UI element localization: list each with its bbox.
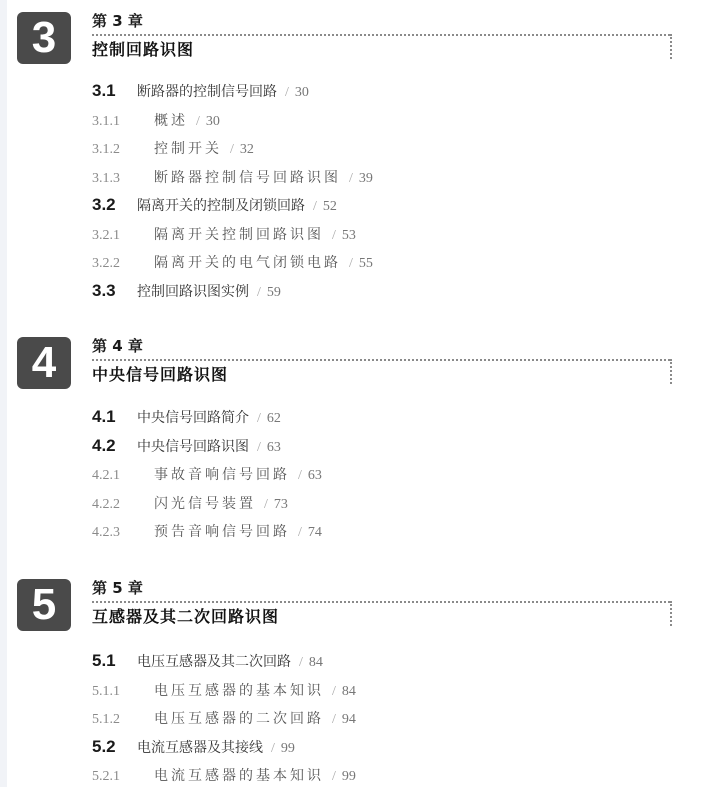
page-number: 39 bbox=[359, 171, 373, 186]
toc-subsection[interactable]: 3.2.1隔离开关控制回路识图/53 bbox=[92, 220, 373, 249]
dotted-divider-end bbox=[670, 359, 672, 384]
toc-subsection[interactable]: 3.1.3断路器控制信号回路识图/39 bbox=[92, 163, 373, 192]
chapter-title: 控制回路识图 bbox=[92, 37, 194, 60]
page-number: 32 bbox=[240, 142, 254, 157]
toc-section[interactable]: 3.1断路器的控制信号回路/30 bbox=[92, 77, 373, 106]
dotted-divider bbox=[92, 34, 670, 36]
page-number: 59 bbox=[267, 285, 281, 300]
toc-section[interactable]: 4.1中央信号回路简介/62 bbox=[92, 403, 322, 432]
toc-section[interactable]: 5.2电流互感器及其接线/99 bbox=[92, 733, 356, 762]
chapter-title: 互感器及其二次回路识图 bbox=[92, 604, 279, 627]
chapter-label: 第 5 章 bbox=[92, 577, 143, 598]
toc-subsection[interactable]: 3.1.1概述/30 bbox=[92, 106, 373, 135]
page-number: 99 bbox=[281, 741, 295, 756]
page-number: 84 bbox=[342, 684, 356, 699]
toc-subsection[interactable]: 4.2.2闪光信号装置/73 bbox=[92, 489, 322, 518]
page-number: 30 bbox=[206, 114, 220, 129]
dotted-divider-end bbox=[670, 601, 672, 626]
toc-subsection[interactable]: 4.2.1事故音响信号回路/63 bbox=[92, 460, 322, 489]
chapter-label: 第 4 章 bbox=[92, 335, 143, 356]
chapter-label: 第 3 章 bbox=[92, 10, 143, 31]
dotted-divider-end bbox=[670, 34, 672, 59]
toc-entries: 4.1中央信号回路简介/62 4.2中央信号回路识图/63 4.2.1事故音响信… bbox=[92, 403, 322, 546]
page-number: 55 bbox=[359, 256, 373, 271]
toc-subsection[interactable]: 4.2.3预告音响信号回路/74 bbox=[92, 517, 322, 546]
toc-subsection[interactable]: 3.2.2隔离开关的电气闭锁电路/55 bbox=[92, 248, 373, 277]
toc-subsection[interactable]: 5.1.1电压互感器的基本知识/84 bbox=[92, 676, 356, 705]
chapter-title: 中央信号回路识图 bbox=[92, 362, 228, 385]
page-number: 63 bbox=[267, 440, 281, 455]
chapter-number-badge: 3 bbox=[17, 12, 71, 64]
page-number: 30 bbox=[295, 85, 309, 100]
page-left-margin bbox=[0, 0, 7, 787]
chapter-number-badge: 5 bbox=[17, 579, 71, 631]
toc-entries: 5.1电压互感器及其二次回路/84 5.1.1电压互感器的基本知识/84 5.1… bbox=[92, 647, 356, 787]
page-number: 53 bbox=[342, 228, 356, 243]
toc-subsection[interactable]: 5.2.1电流互感器的基本知识/99 bbox=[92, 761, 356, 787]
chapter-number-badge: 4 bbox=[17, 337, 71, 389]
toc-section[interactable]: 5.1电压互感器及其二次回路/84 bbox=[92, 647, 356, 676]
toc-subsection[interactable]: 5.1.2电压互感器的二次回路/94 bbox=[92, 704, 356, 733]
toc-section[interactable]: 3.2隔离开关的控制及闭锁回路/52 bbox=[92, 191, 373, 220]
page-number: 63 bbox=[308, 468, 322, 483]
page-number: 62 bbox=[267, 411, 281, 426]
toc-section[interactable]: 3.3控制回路识图实例/59 bbox=[92, 277, 373, 306]
dotted-divider bbox=[92, 359, 670, 361]
page-number: 74 bbox=[308, 525, 322, 540]
page-number: 73 bbox=[274, 497, 288, 512]
toc-subsection[interactable]: 3.1.2控制开关/32 bbox=[92, 134, 373, 163]
page-number: 99 bbox=[342, 769, 356, 784]
toc-section[interactable]: 4.2中央信号回路识图/63 bbox=[92, 432, 322, 461]
dotted-divider bbox=[92, 601, 670, 603]
page-number: 84 bbox=[309, 655, 323, 670]
toc-entries: 3.1断路器的控制信号回路/30 3.1.1概述/30 3.1.2控制开关/32… bbox=[92, 77, 373, 305]
page-number: 94 bbox=[342, 712, 356, 727]
page-number: 52 bbox=[323, 199, 337, 214]
